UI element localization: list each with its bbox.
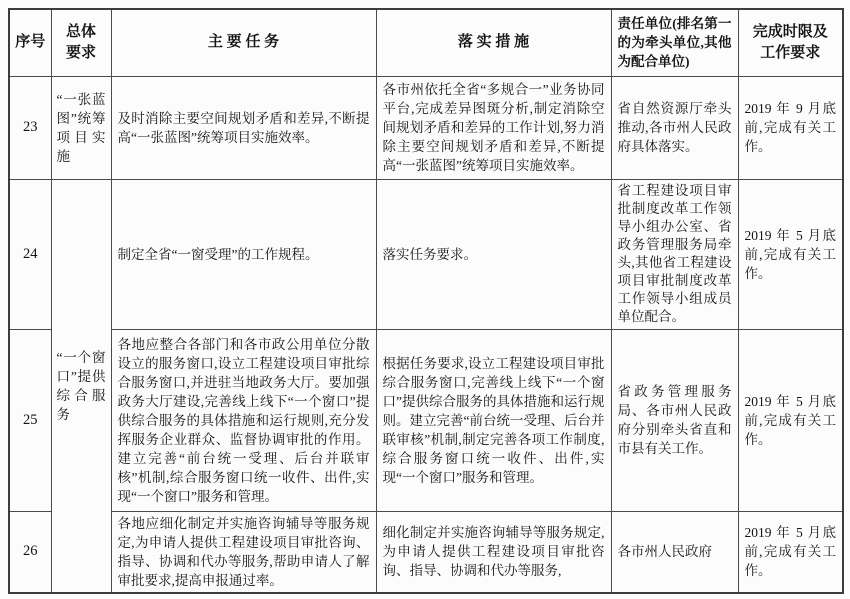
- row26-seq: 26: [9, 511, 51, 593]
- row23-main-task: 及时消除主要空间规划矛盾和差异,不断提高“一张蓝图”统筹项目实施效率。: [111, 76, 376, 179]
- header-overall-requirement: 总体 要求: [51, 9, 111, 76]
- row26-deadline: 2019 年 5 月底前,完成有关工作。: [738, 511, 843, 593]
- row26-responsible: 各市州人民政府: [611, 511, 738, 593]
- row25-main-task: 各地应整合各部门和各市政公用单位分散设立的服务窗口,设立工程建设项目审批综合服务…: [111, 329, 376, 511]
- table-row-26: 26 各地应细化制定并实施咨询辅导等服务规定,为申请人提供工程建设项目审批咨询、…: [9, 511, 843, 593]
- row26-main-task: 各地应细化制定并实施咨询辅导等服务规定,为申请人提供工程建设项目审批咨询、指导、…: [111, 511, 376, 593]
- row24-main-task: 制定全省“一窗受理”的工作规程。: [111, 179, 376, 329]
- row24-seq: 24: [9, 179, 51, 329]
- row25-measure: 根据任务要求,设立工程建设项目审批综合服务窗口,完善线上线下“一个窗口”提供综合…: [376, 329, 611, 511]
- table-row-24: 24 “一个窗口”提供综合服务 制定全省“一窗受理”的工作规程。 落实任务要求。…: [9, 179, 843, 329]
- table-header-row: 序号 总体 要求 主 要 任 务 落 实 措 施 责任单位(排名第一的为牵头单位…: [9, 9, 843, 76]
- row23-measure: 各市州依托全省“多规合一”业务协同平台,完成差异图斑分析,制定消除空间规划矛盾和…: [376, 76, 611, 179]
- merged-overall-requirement-24-26: “一个窗口”提供综合服务: [51, 179, 111, 593]
- header-implementation-measures: 落 实 措 施: [376, 9, 611, 76]
- row23-deadline: 2019 年 9 月底前,完成有关工作。: [738, 76, 843, 179]
- row24-responsible: 省工程建设项目审批制度改革工作领导小组办公室、省政务管理服务局牵头,其他省工程建…: [611, 179, 738, 329]
- row24-measure: 落实任务要求。: [376, 179, 611, 329]
- table-row-23: 23 “一张蓝图”统筹项目实施 及时消除主要空间规划矛盾和差异,不断提高“一张蓝…: [9, 76, 843, 179]
- document-page: 序号 总体 要求 主 要 任 务 落 实 措 施 责任单位(排名第一的为牵头单位…: [0, 0, 850, 599]
- row23-seq: 23: [9, 76, 51, 179]
- header-main-tasks: 主 要 任 务: [111, 9, 376, 76]
- row24-deadline: 2019 年 5 月底前,完成有关工作。: [738, 179, 843, 329]
- row25-responsible: 省政务管理服务局、各市州人民政府分别牵头省直和市县有关工作。: [611, 329, 738, 511]
- header-seq: 序号: [9, 9, 51, 76]
- row23-overall-requirement: “一张蓝图”统筹项目实施: [51, 76, 111, 179]
- row25-deadline: 2019 年 5 月底前,完成有关工作。: [738, 329, 843, 511]
- header-deadline: 完成时限及 工作要求: [738, 9, 843, 76]
- row25-seq: 25: [9, 329, 51, 511]
- table-row-25: 25 各地应整合各部门和各市政公用单位分散设立的服务窗口,设立工程建设项目审批综…: [9, 329, 843, 511]
- approval-reform-task-table: 序号 总体 要求 主 要 任 务 落 实 措 施 责任单位(排名第一的为牵头单位…: [8, 8, 844, 594]
- header-responsible-units: 责任单位(排名第一的为牵头单位,其他为配合单位): [611, 9, 738, 76]
- row23-responsible: 省自然资源厅牵头推动,各市州人民政府具体落实。: [611, 76, 738, 179]
- row26-measure: 细化制定并实施咨询辅导等服务规定,为申请人提供工程建设项目审批咨询、指导、协调和…: [376, 511, 611, 593]
